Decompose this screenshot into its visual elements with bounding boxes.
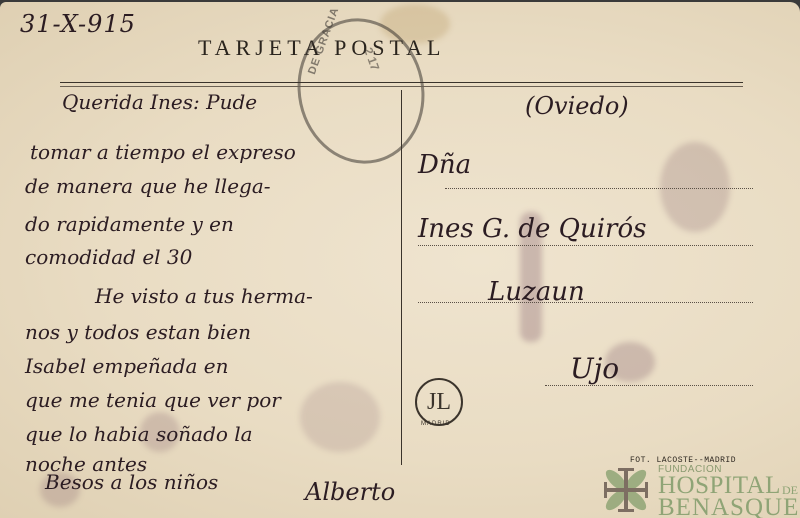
header-rule (60, 82, 743, 83)
header-rule-thin (60, 86, 743, 87)
publisher-seal-icon: JL (415, 378, 463, 426)
ink-stain (660, 142, 730, 232)
message-line: tomar a tiempo el expreso (30, 140, 296, 164)
message-line: do rapidamente y en (25, 212, 234, 236)
message-line: de manera que he llega- (25, 174, 271, 198)
message-line: que me tenia que ver por (25, 388, 281, 412)
handwritten-date: 31-X-915 (20, 10, 136, 38)
address-city: Ujo (570, 352, 619, 385)
seal-monogram: JL (427, 389, 451, 416)
address-line (418, 245, 753, 246)
message-line: comodidad el 30 (25, 245, 192, 269)
message-line: He visto a tus herma- (95, 284, 313, 308)
message-line: que lo habia soñado la (25, 422, 253, 446)
ink-stain (300, 382, 380, 452)
cross-icon (600, 464, 652, 516)
address-line (418, 302, 753, 303)
message-line: nos y todos estan bien (25, 320, 251, 344)
signature: Alberto (305, 478, 395, 506)
address-city-note: (Oviedo) (525, 92, 629, 120)
seal-caption: MADRID (421, 421, 451, 427)
message-line: Isabel empeñada en (25, 354, 229, 378)
postcard-back: 31-X-915 TARJETA POSTAL DE GRACIA 2 17 Q… (0, 2, 800, 518)
address-line (445, 188, 753, 189)
address-name: Ines G. de Quirós (418, 214, 646, 244)
message-line: Querida Ines: Pude (62, 90, 257, 114)
watermark-benasque: BENASQUE (658, 494, 799, 518)
message-line: Besos a los niños (45, 470, 218, 494)
center-divider (401, 90, 402, 465)
address-line (545, 385, 753, 386)
address-salutation: Dña (418, 150, 471, 180)
